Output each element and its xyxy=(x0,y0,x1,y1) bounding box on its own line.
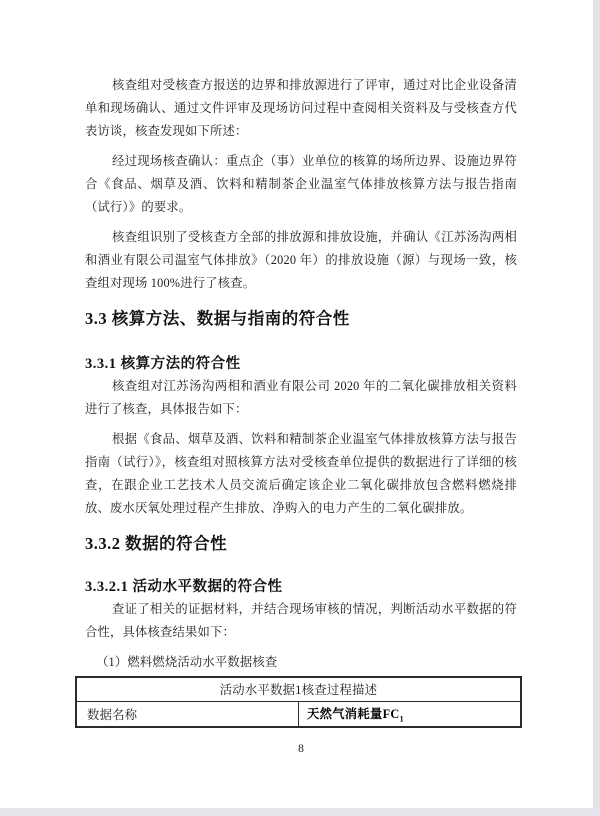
heading-3-3-2-1: 3.3.2.1 活动水平数据的符合性 xyxy=(85,576,517,598)
page-number: 8 xyxy=(85,742,517,756)
heading-3-3-2: 3.3.2 数据的符合性 xyxy=(85,532,517,556)
paragraph-methodology: 根据《食品、烟草及酒、饮料和精制茶企业温室气体排放核算方法与报告指南（试行）》，… xyxy=(85,428,517,520)
cell-data-name-label: 数据名称 xyxy=(76,701,299,727)
list-item-fuel-combustion: （1）燃料燃烧活动水平数据核查 xyxy=(85,651,517,674)
viewer-edge-right xyxy=(593,0,600,816)
paragraph-emission-sources: 核查组识别了受核查方全部的排放源和排放设施，并确认《江苏汤沟两相和酒业有限公司温… xyxy=(85,226,517,295)
table-header-row: 活动水平数据1核查过程描述 xyxy=(76,677,521,701)
document-page: 核查组对受核查方报送的边界和排放源进行了评审，通过对比企业设备清单和现场确认、通… xyxy=(0,0,600,816)
activity-data-table: 活动水平数据1核查过程描述 数据名称 天然气消耗量FC1 xyxy=(75,676,522,728)
page-content: 核查组对受核查方报送的边界和排放源进行了评审，通过对比企业设备清单和现场确认、通… xyxy=(85,74,517,756)
heading-3-3-1: 3.3.1 核算方法的符合性 xyxy=(85,353,517,375)
viewer-edge-bottom xyxy=(0,808,600,816)
paragraph-verification-intro: 核查组对江苏汤沟两相和酒业有限公司 2020 年的二氧化碳排放相关资料进行了核查… xyxy=(85,375,517,421)
table-header-cell: 活动水平数据1核查过程描述 xyxy=(76,677,521,701)
paragraph-boundary-review: 核查组对受核查方报送的边界和排放源进行了评审，通过对比企业设备清单和现场确认、通… xyxy=(85,74,517,143)
paragraph-site-confirmation: 经过现场核查确认：重点企（事）业单位的核算的场所边界、设施边界符合《食品、烟草及… xyxy=(85,150,517,219)
value-subscript: 1 xyxy=(400,714,404,723)
cell-data-name-value: 天然气消耗量FC1 xyxy=(299,701,522,727)
table-row: 数据名称 天然气消耗量FC1 xyxy=(76,701,521,727)
value-text: 天然气消耗量FC xyxy=(307,707,400,721)
heading-3-3: 3.3 核算方法、数据与指南的符合性 xyxy=(85,307,517,331)
paragraph-activity-data: 查证了相关的证据材料，并结合现场审核的情况，判断活动水平数据的符合性，具体核查结… xyxy=(85,598,517,644)
